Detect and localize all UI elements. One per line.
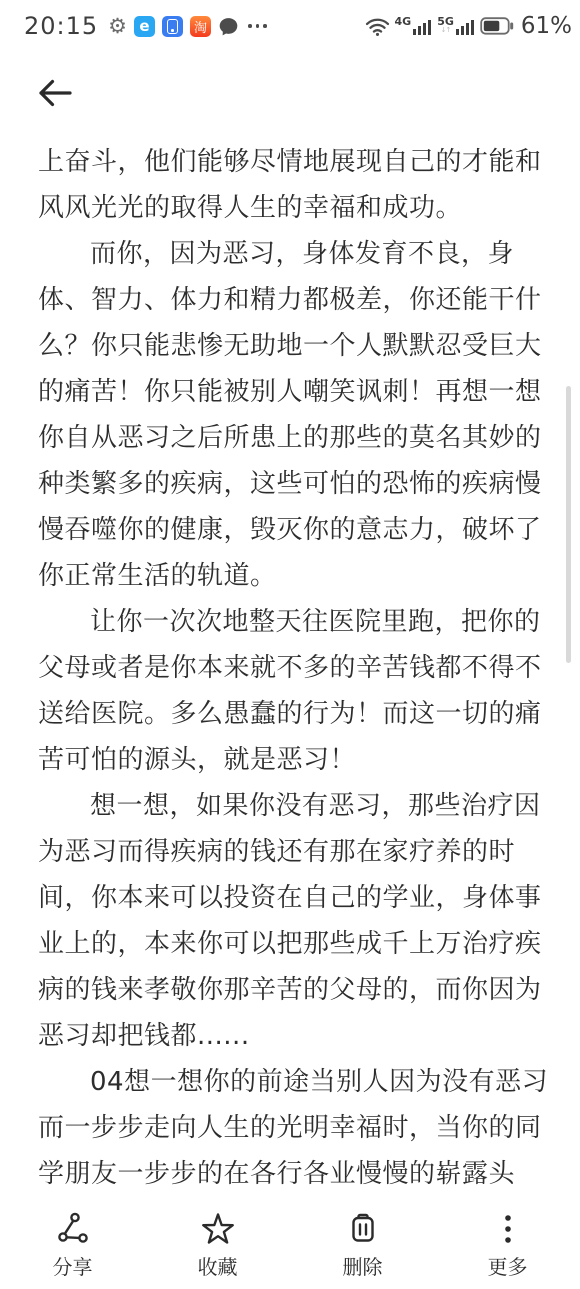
more-label: 更多 [488, 1251, 528, 1280]
4g-label: 4G [395, 16, 412, 27]
more-notifications-icon [248, 24, 267, 28]
text-line: 父母或者是你本来就不多的辛苦钱都不得不 [38, 645, 548, 691]
screen: 20:15 ⚙ e 淘 4G [0, 0, 580, 1289]
battery-icon [480, 17, 514, 35]
text-line: 你自从恶习之后所患上的那些的莫名其妙的 [38, 415, 548, 461]
text-line: 风风光光的取得人生的幸福和成功。 [38, 185, 548, 231]
text-line: 送给医院。多么愚蠢的行为！而这一切的痛 [38, 691, 548, 737]
scrollbar-thumb[interactable] [566, 386, 571, 663]
status-bar-right: 4G 5G ↓↑ [365, 13, 573, 39]
text-line: 业上的，本来你可以把那些成千上万治疗疾 [38, 921, 548, 967]
status-bar-left: 20:15 ⚙ e 淘 [24, 12, 267, 40]
delete-label: 删除 [343, 1251, 383, 1280]
text-line: 慢吞噬你的健康，毁灭你的意志力，破坏了 [38, 507, 548, 553]
text-line: 你正常生活的轨道。 [38, 553, 548, 599]
trash-icon [344, 1210, 382, 1248]
signal-bars-4g-icon [412, 16, 432, 37]
favorite-button[interactable]: 收藏 [145, 1200, 290, 1289]
text-line: 体、智力、体力和精力都极差，你还能干什 [38, 277, 548, 323]
share-label: 分享 [53, 1251, 93, 1280]
text-line: 病的钱来孝敬你那辛苦的父母的，而你因为 [38, 967, 548, 1013]
notification-taobao-icon: 淘 [190, 16, 211, 37]
text-line: 苦可怕的源头，就是恶习！ [38, 737, 548, 783]
wifi-icon [365, 16, 390, 37]
signal-4g: 4G [395, 16, 433, 37]
text-line: 而你，因为恶习，身体发育不良，身 [38, 231, 548, 277]
text-line: 种类繁多的疾病，这些可怕的恐怖的疾病慢 [38, 461, 548, 507]
text-line: 恶习却把钱都...... [38, 1013, 548, 1059]
settings-gear-icon: ⚙ [108, 16, 127, 37]
share-button[interactable]: 分享 [0, 1200, 145, 1289]
text-line: 而一步步走向人生的光明幸福时，当你的同 [38, 1105, 548, 1151]
text-line: 让你一次次地整天往医院里跑，把你的 [38, 599, 548, 645]
signal-5g: 5G ↓↑ [437, 16, 475, 37]
more-button[interactable]: 更多 [435, 1200, 580, 1289]
share-icon [54, 1210, 92, 1248]
text-line: 想一想，如果你没有恶习，那些治疗因 [38, 783, 548, 829]
note-body: 上奋斗，他们能够尽情地展现自己的才能和 风风光光的取得人生的幸福和成功。 而你，… [38, 139, 548, 1197]
text-line: 么？你只能悲惨无助地一个人默默忍受巨大 [38, 323, 548, 369]
more-vertical-icon [489, 1210, 527, 1248]
back-arrow-button[interactable] [34, 72, 76, 114]
notification-phone-manager-icon [162, 16, 183, 37]
favorite-label: 收藏 [198, 1251, 238, 1280]
battery-percent: 61% [521, 13, 572, 39]
data-traffic-arrows: ↓↑ [441, 27, 451, 34]
notification-app-e-icon: e [134, 16, 155, 37]
signal-bars-5g-icon [455, 16, 475, 37]
delete-button[interactable]: 删除 [290, 1200, 435, 1289]
status-bar: 20:15 ⚙ e 淘 4G [0, 0, 580, 52]
clock: 20:15 [24, 12, 98, 40]
text-line: 的痛苦！你只能被别人嘲笑讽刺！再想一想 [38, 369, 548, 415]
bottom-toolbar: 分享 收藏 删除 更多 [0, 1200, 580, 1289]
text-line: 04想一想你的前途当别人因为没有恶习 [38, 1059, 548, 1105]
text-line: 学朋友一步步的在各行各业慢慢的崭露头 [38, 1151, 548, 1197]
star-icon [199, 1210, 237, 1248]
chat-bubble-icon [218, 16, 239, 37]
text-line: 间，你本来可以投资在自己的学业，身体事 [38, 875, 548, 921]
text-line: 为恶习而得疾病的钱还有那在家疗养的时 [38, 829, 548, 875]
5g-label: 5G [437, 16, 454, 27]
text-line: 上奋斗，他们能够尽情地展现自己的才能和 [38, 139, 548, 185]
